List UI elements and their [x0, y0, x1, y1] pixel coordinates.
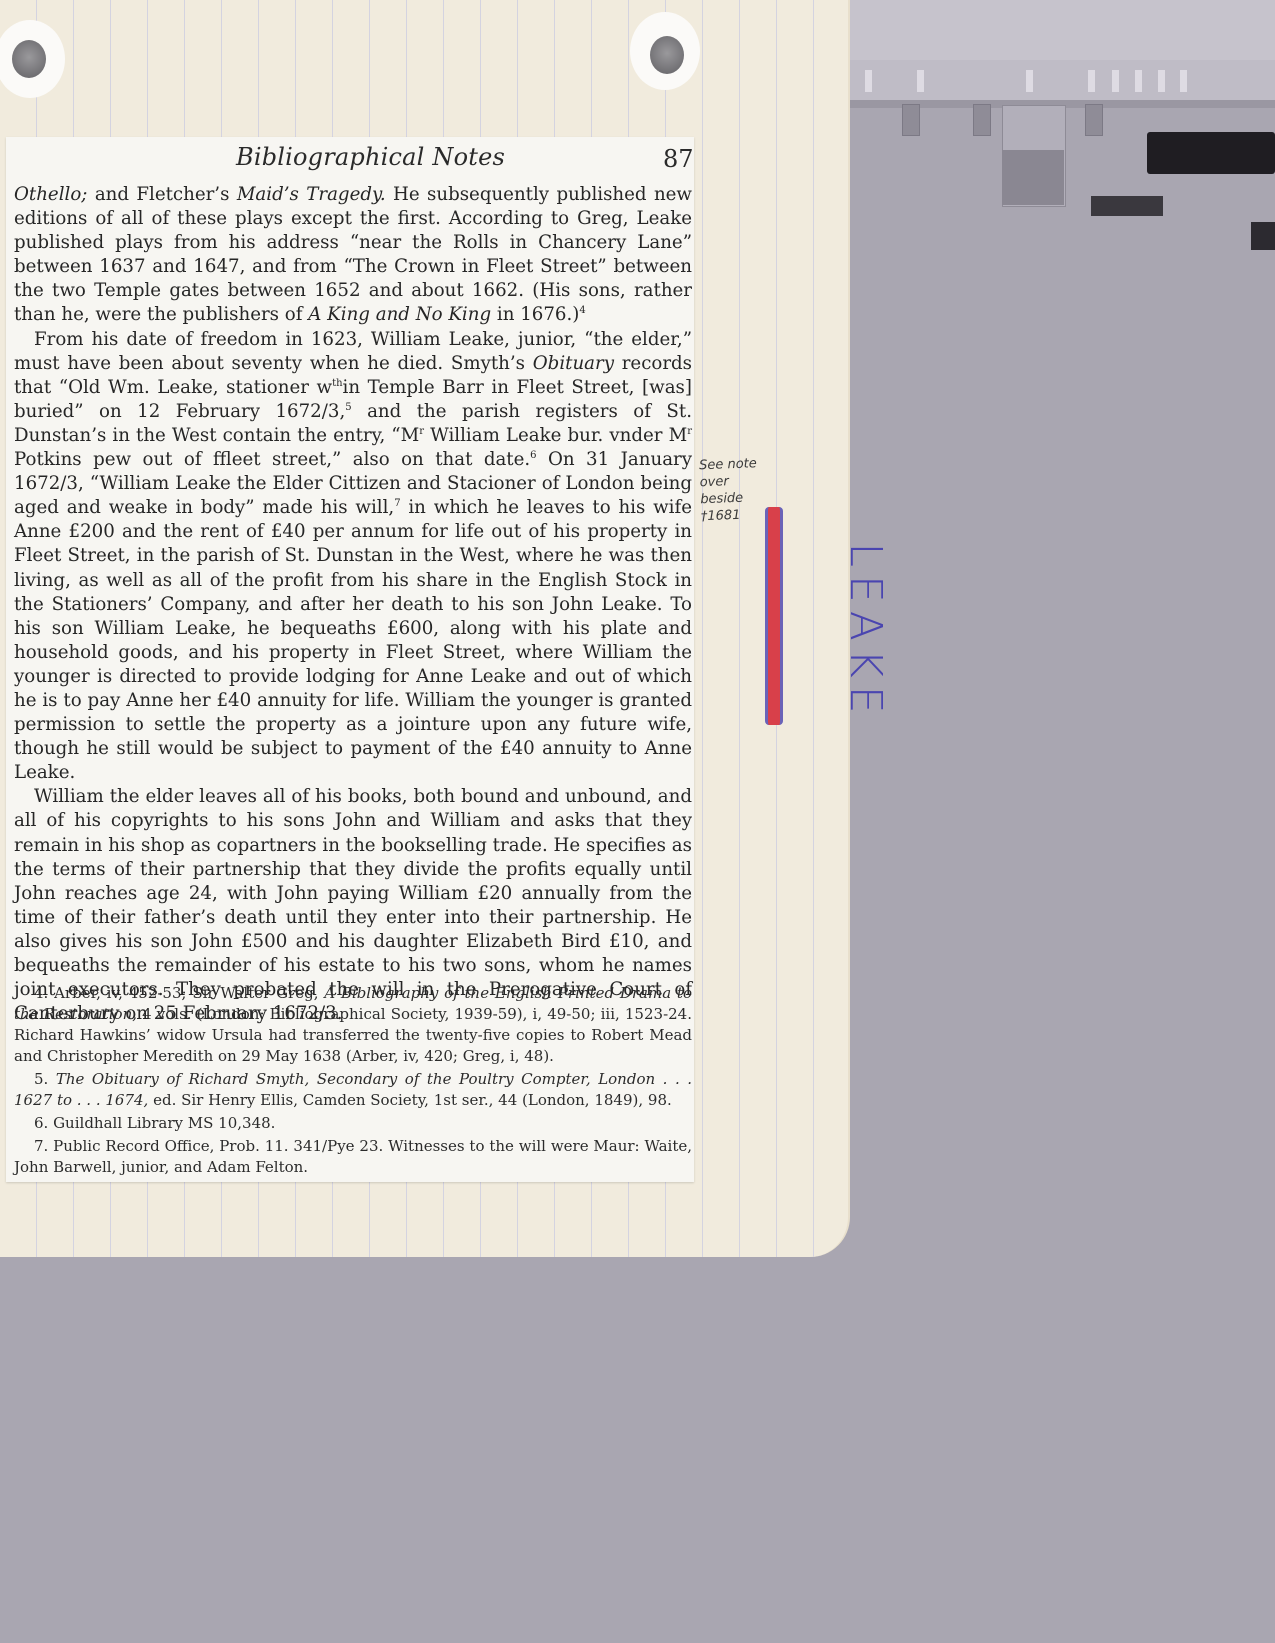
punch-hole: [650, 36, 684, 74]
rail-slot: [1026, 70, 1033, 92]
rail-slot: [1158, 70, 1165, 92]
scanner-latch-recess: [1002, 150, 1064, 205]
running-title: Bibliographical Notes: [236, 143, 505, 171]
footnote: 5. The Obituary of Richard Smyth, Second…: [14, 1069, 692, 1111]
body-text: Othello; and Fletcher’s Maid’s Tragedy. …: [14, 183, 692, 1026]
scanner-clip: [973, 104, 991, 136]
scanner-slot: [1251, 222, 1275, 250]
scanner-roller: [1147, 132, 1275, 174]
rail-slot: [1112, 70, 1119, 92]
running-head: Bibliographical Notes 87: [6, 143, 694, 175]
footnotes: 4. Arber, iv, 452-53; Sir Walter Greg, A…: [14, 983, 692, 1180]
scanner-clip: [1085, 104, 1103, 136]
rail-slot: [1088, 70, 1095, 92]
paragraph: From his date of freedom in 1623, Willia…: [14, 328, 692, 786]
paragraph: Othello; and Fletcher’s Maid’s Tragedy. …: [14, 183, 692, 328]
rail-slot: [917, 70, 924, 92]
footnote: 6. Guildhall Library MS 10,348.: [14, 1113, 692, 1134]
footnote: 4. Arber, iv, 452-53; Sir Walter Greg, A…: [14, 983, 692, 1067]
handwritten-margin-note: See note over beside †1681: [699, 455, 771, 525]
rail-slot: [865, 70, 872, 92]
handwritten-tab-label: LEAKE: [843, 522, 887, 742]
scanner-lid-edge: [795, 0, 1275, 62]
highlight-stripe: [765, 507, 783, 725]
rail-slot: [1135, 70, 1142, 92]
punch-hole: [12, 40, 46, 78]
footnote: 7. Public Record Office, Prob. 11. 341/P…: [14, 1136, 692, 1178]
scanner-slot: [1091, 196, 1163, 216]
page-number: 87: [663, 145, 694, 173]
scanner-clip: [902, 104, 920, 136]
rail-slot: [1180, 70, 1187, 92]
pasted-clipping: Bibliographical Notes 87 Othello; and Fl…: [6, 137, 694, 1182]
